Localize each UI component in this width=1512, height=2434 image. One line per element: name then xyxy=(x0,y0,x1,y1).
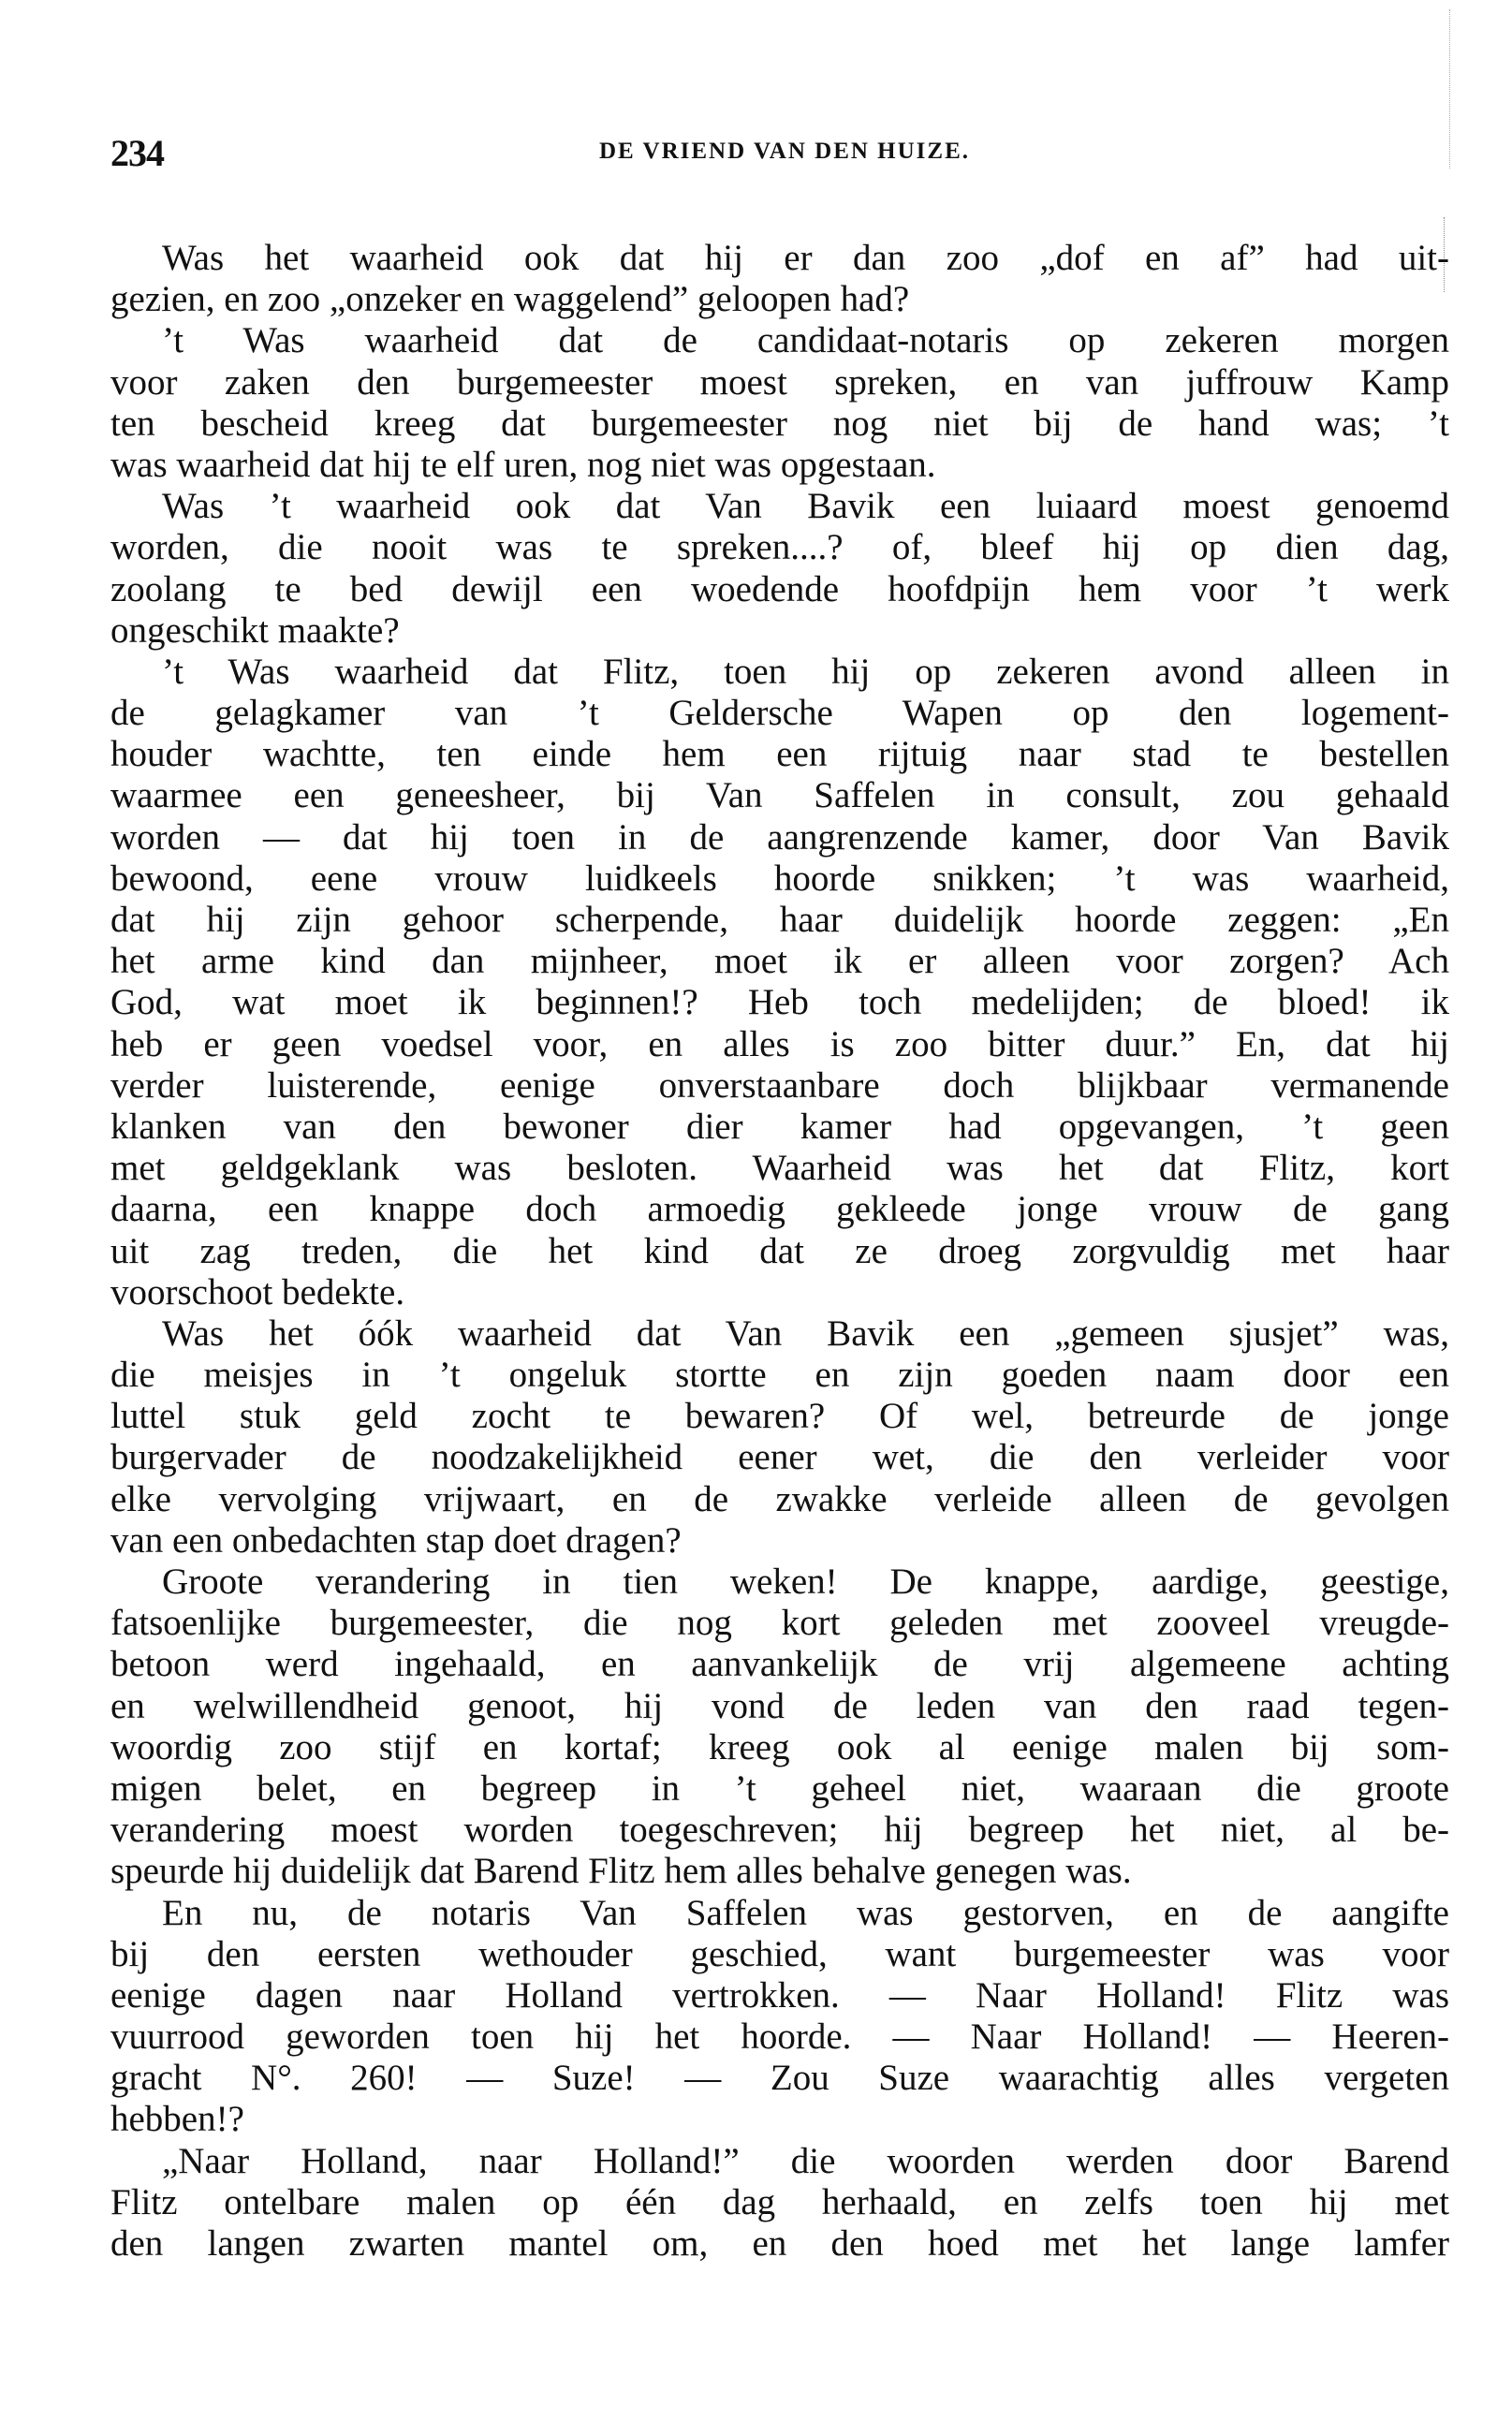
text-line: daarna, een knappe doch armoedig gekleed… xyxy=(110,1189,1449,1230)
body-text: Was het waarheid ook dat hij er dan zoo … xyxy=(110,238,1449,2265)
text-line: Was ’t waarheid ook dat Van Bavik een lu… xyxy=(110,486,1449,527)
text-line: en welwillendheid genoot, hij vond de le… xyxy=(110,1686,1449,1727)
text-line: bewoond, eene vrouw luidkeels hoorde sni… xyxy=(110,858,1449,900)
text-line: bij den eersten wethouder geschied, want… xyxy=(110,1934,1449,1975)
text-line: woordig zoo stijf en kortaf; kreeg ook a… xyxy=(110,1727,1449,1768)
text-line: „Naar Holland, naar Holland!” die woorde… xyxy=(110,2141,1449,2182)
text-line: ongeschikt maakte? xyxy=(110,610,1449,652)
text-line: speurde hij duidelijk dat Barend Flitz h… xyxy=(110,1851,1449,1892)
text-line: voorschoot bedekte. xyxy=(110,1272,1449,1313)
text-line: elke vervolging vrijwaart, en de zwakke … xyxy=(110,1479,1449,1520)
text-line: houder wachtte, ten einde hem een rijtui… xyxy=(110,734,1449,775)
text-line: zoolang te bed dewijl een woedende hoofd… xyxy=(110,569,1449,610)
scan-margin-artifact xyxy=(1449,9,1456,169)
text-line: uit zag treden, die het kind dat ze droe… xyxy=(110,1231,1449,1272)
text-line: migen belet, en begreep in ’t geheel nie… xyxy=(110,1768,1449,1810)
text-line: heb er geen voedsel voor, en alles is zo… xyxy=(110,1024,1449,1065)
text-line: klanken van den bewoner dier kamer had o… xyxy=(110,1107,1449,1148)
text-line: God, wat moet ik beginnen!? Heb toch med… xyxy=(110,982,1449,1023)
text-line: worden — dat hij toen in de aangrenzende… xyxy=(110,817,1449,858)
text-line: ’t Was waarheid dat Flitz, toen hij op z… xyxy=(110,652,1449,693)
text-line: gracht N°. 260! — Suze! — Zou Suze waara… xyxy=(110,2058,1449,2099)
text-line: vuurrood geworden toen hij het hoorde. —… xyxy=(110,2016,1449,2058)
text-line: luttel stuk geld zocht te bewaren? Of we… xyxy=(110,1396,1449,1437)
text-line: eenige dagen naar Holland vertrokken. — … xyxy=(110,1975,1449,2016)
text-line: Flitz ontelbare malen op één dag herhaal… xyxy=(110,2182,1449,2223)
text-line: ten bescheid kreeg dat burgemeester nog … xyxy=(110,403,1449,445)
page-header: 234 DE VRIEND VAN DEN HUIZE. xyxy=(110,131,1449,178)
text-line: met geldgeklank was besloten. Waarheid w… xyxy=(110,1148,1449,1189)
text-line: verder luisterende, eenige onverstaanbar… xyxy=(110,1065,1449,1107)
text-line: de gelagkamer van ’t Geldersche Wapen op… xyxy=(110,693,1449,734)
text-line: burgervader de noodzakelijkheid eener we… xyxy=(110,1437,1449,1478)
text-line: fatsoenlijke burgemeester, die nog kort … xyxy=(110,1603,1449,1644)
text-line: was waarheid dat hij te elf uren, nog ni… xyxy=(110,445,1449,486)
text-line: voor zaken den burgemeester moest spreke… xyxy=(110,362,1449,403)
text-line: En nu, de notaris Van Saffelen was gesto… xyxy=(110,1893,1449,1934)
text-line: den langen zwarten mantel om, en den hoe… xyxy=(110,2223,1449,2265)
text-line: het arme kind dan mijnheer, moet ik er a… xyxy=(110,941,1449,982)
text-line: Was het waarheid ook dat hij er dan zoo … xyxy=(110,238,1449,279)
text-line: betoon werd ingehaald, en aanvankelijk d… xyxy=(110,1644,1449,1685)
text-line: die meisjes in ’t ongeluk stortte en zij… xyxy=(110,1355,1449,1396)
text-line: waarmee een geneesheer, bij Van Saffelen… xyxy=(110,775,1449,816)
text-line: ’t Was waarheid dat de candidaat-notaris… xyxy=(110,320,1449,361)
text-line: verandering moest worden toegeschreven; … xyxy=(110,1810,1449,1851)
running-head: DE VRIEND VAN DEN HUIZE. xyxy=(110,139,1449,165)
text-line: Groote verandering in tien weken! De kna… xyxy=(110,1562,1449,1603)
text-line: Was het óók waarheid dat Van Bavik een „… xyxy=(110,1313,1449,1355)
text-line: hebben!? xyxy=(110,2099,1449,2140)
text-line: gezien, en zoo „onzeker en waggelend” ge… xyxy=(110,279,1449,320)
text-line: dat hij zijn gehoor scherpende, haar dui… xyxy=(110,900,1449,941)
text-line: worden, die nooit was te spreken....? of… xyxy=(110,527,1449,568)
text-line: van een onbedachten stap doet dragen? xyxy=(110,1520,1449,1562)
